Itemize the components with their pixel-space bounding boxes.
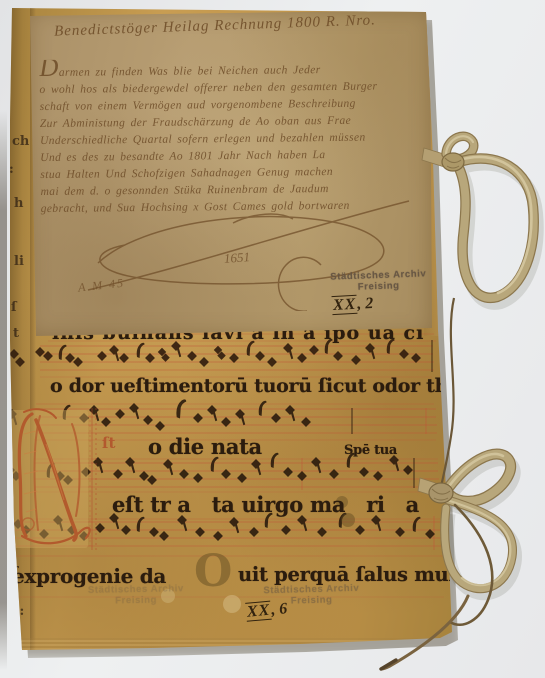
shelfmark-roman: XX (332, 295, 358, 315)
shelfmark-xx2: XX, 2 (332, 295, 374, 315)
shelfmark-number: , 2 (357, 295, 374, 313)
shelfmark-xx6: XX, 6 (245, 600, 288, 622)
spine-glyph: ſ. (11, 630, 21, 645)
manuscript-line-spe-tua: Spē tua (344, 443, 397, 458)
pasted-cover-note: Benedictstöger Heilag Rechnung 1800 R. N… (28, 10, 432, 336)
manuscript-line-odie-nata: o die nata (148, 434, 262, 459)
note-heading: Benedictstöger Heilag Rechnung 1800 R. N… (54, 12, 376, 40)
archive-photo-scene: ch : h li ſ t r ·: ſ. (0, 0, 545, 678)
scan-edge-shadow (0, 110, 7, 670)
parchment-book-cover: ch : h li ſ t r ·: ſ. (6, 6, 458, 652)
archive-stamp-faint: Städtisches Archiv Freising (61, 583, 211, 608)
flourish-year: 1651 (223, 249, 250, 267)
manuscript-line-odor: o dor ueſtimentorū tuorū ſicut odor thur… (50, 375, 489, 397)
shelfmark-number: , 6 (271, 600, 288, 618)
illuminated-initial-N (6, 404, 102, 554)
manuscript-line-est-tracta: eſt tr a ta uirgo ma ri a (112, 492, 419, 517)
edge-pencil-mark: 28 (431, 23, 443, 36)
archive-stamp: Städtisches Archiv Freising (306, 267, 452, 294)
shelfmark-roman: XX (245, 601, 272, 622)
